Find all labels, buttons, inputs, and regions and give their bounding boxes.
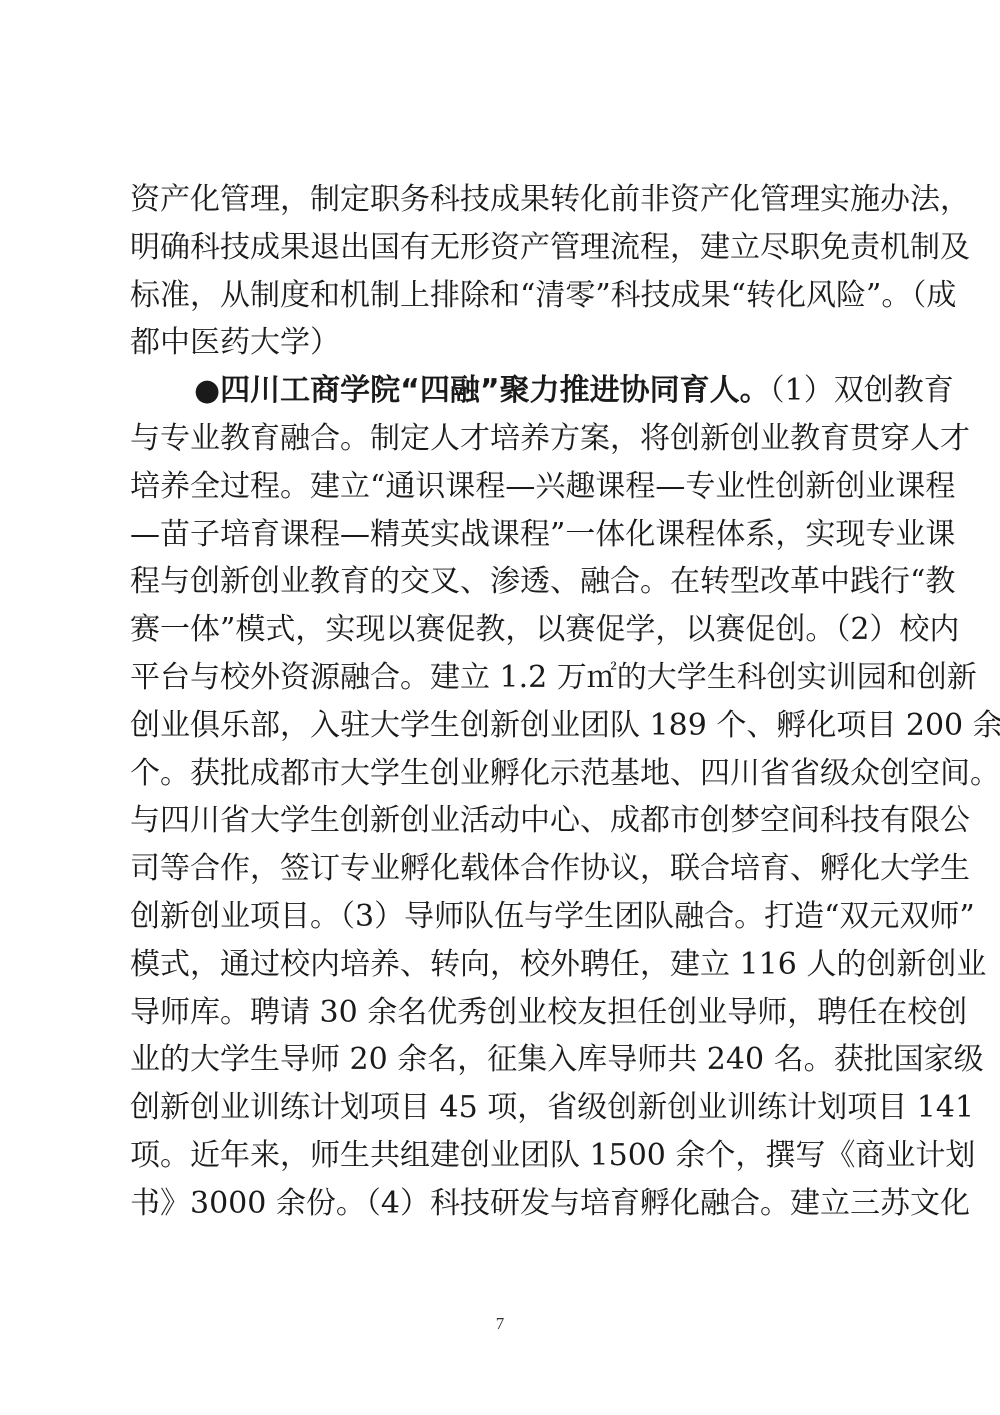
text-line: 与专业教育融合。制定人才培养方案，将创新创业教育贯穿人才 (130, 415, 872, 463)
text-line: 明确科技成果退出国有无形资产管理流程，建立尽职免责机制及 (130, 224, 872, 272)
text-line: —苗子培育课程—精英实战课程”一体化课程体系，实现专业课 (130, 511, 872, 559)
text-line: 创业俱乐部，入驻大学生创新创业团队 189 个、孵化项目 200 余 (130, 702, 872, 750)
text-line: 导师库。聘请 30 余名优秀创业校友担任创业导师，聘任在校创 (130, 989, 872, 1037)
document-page: 资产化管理，制定职务科技成果转化前非资产化管理实施办法， 明确科技成果退出国有无… (0, 0, 1000, 1415)
text-line: 模式，通过校内培养、转向，校外聘任，建立 116 人的创新创业 (130, 941, 872, 989)
text-line: 司等合作，签订专业孵化载体合作协议，联合培育、孵化大学生 (130, 845, 872, 893)
text-line: 项。近年来，师生共组建创业团队 1500 余个，撰写《商业计划 (130, 1132, 872, 1180)
text-line: 都中医药大学） (130, 319, 872, 367)
text-line: 书》3000 余份。（4）科技研发与培育孵化融合。建立三苏文化 (130, 1180, 872, 1228)
text-line: 创新创业训练计划项目 45 项，省级创新创业训练计划项目 141 (130, 1084, 872, 1132)
text-line: 赛一体”模式，实现以赛促教，以赛促学，以赛促创。（2）校内 (130, 606, 872, 654)
text-line: 个。获批成都市大学生创业孵化示范基地、四川省省级众创空间。 (130, 750, 872, 798)
section-heading: ●四川工商学院“四融”聚力推进协同育人。 (194, 373, 770, 408)
text-line: 标准，从制度和机制上排除和“清零”科技成果“转化风险”。（成 (130, 272, 872, 320)
page-number: 7 (0, 1314, 1000, 1334)
text-line: 培养全过程。建立“通识课程—兴趣课程—专业性创新创业课程 (130, 463, 872, 511)
text-line: 程与创新创业教育的交叉、渗透、融合。在转型改革中践行“教 (130, 558, 872, 606)
heading-continuation: （1）双创教育 (770, 373, 954, 408)
text-line: 平台与校外资源融合。建立 1.2 万㎡的大学生科创实训园和创新 (130, 654, 872, 702)
section-heading-line: ●四川工商学院“四融”聚力推进协同育人。（1）双创教育 (130, 367, 872, 415)
text-line: 资产化管理，制定职务科技成果转化前非资产化管理实施办法， (130, 176, 872, 224)
text-line: 创新创业项目。（3）导师队伍与学生团队融合。打造“双元双师” (130, 893, 872, 941)
text-line: 业的大学生导师 20 余名，征集入库导师共 240 名。获批国家级 (130, 1036, 872, 1084)
text-line: 与四川省大学生创新创业活动中心、成都市创梦空间科技有限公 (130, 797, 872, 845)
body-text: 资产化管理，制定职务科技成果转化前非资产化管理实施办法， 明确科技成果退出国有无… (130, 176, 872, 1228)
